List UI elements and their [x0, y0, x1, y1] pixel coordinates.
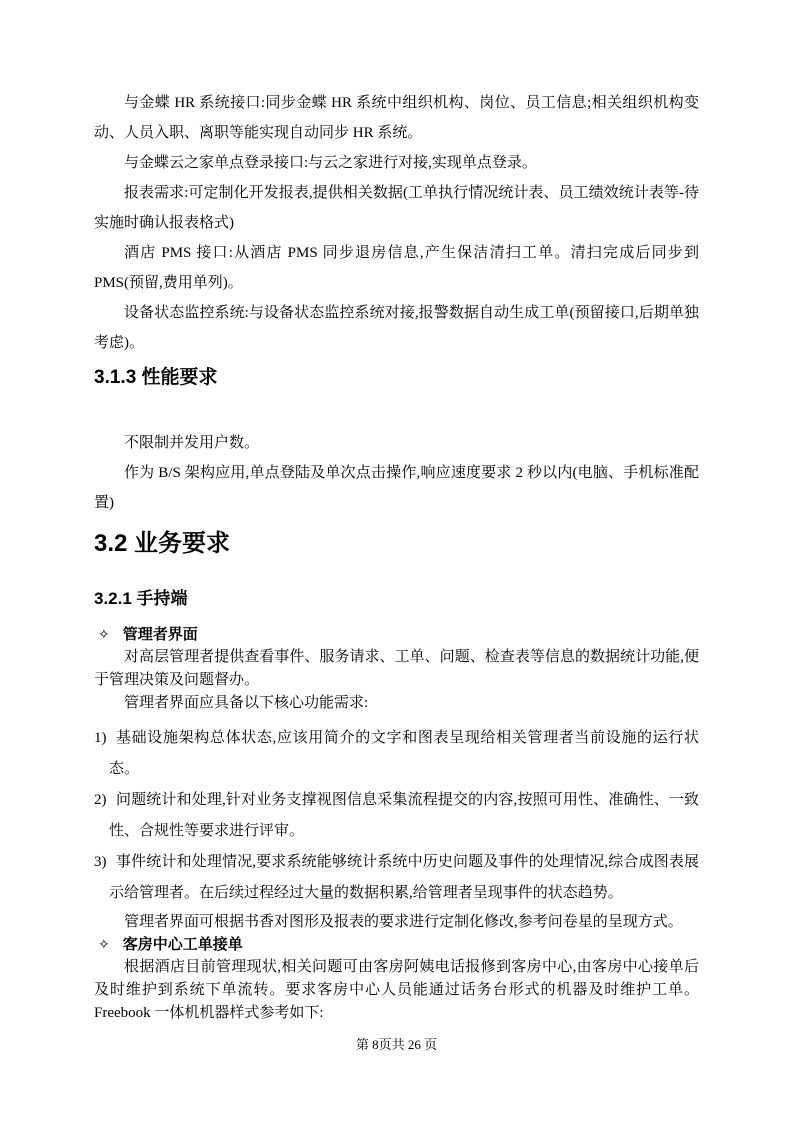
paragraph-manager-intro: 对高层管理者提供查看事件、服务请求、工单、问题、检查表等信息的数据统计功能,便于…: [94, 646, 699, 692]
paragraph-response-speed: 作为 B/S 架构应用,单点登陆及单次点击操作,响应速度要求 2 秒以内(电脑、…: [94, 458, 699, 518]
list-item-text: 问题统计和处理,针对业务支撑视图信息采集流程提交的内容,按照可用性、准确性、一致…: [109, 792, 699, 839]
paragraph-manager-core-needs: 管理者界面应具备以下核心功能需求:: [94, 692, 699, 715]
heading-handheld-terminal: 3.2.1 手持端: [94, 586, 699, 612]
list-item: 1)基础设施架构总体状态,应该用简介的文字和图表呈现给相关管理者当前设施的运行状…: [94, 723, 699, 785]
bullet-title-manager-interface: 管理者界面: [123, 624, 198, 646]
list-item-text: 事件统计和处理情况,要求系统能够统计系统中历史问题及事件的处理情况,综合成图表展…: [109, 854, 699, 901]
bullet-manager-interface: ✧ 管理者界面: [94, 624, 699, 646]
paragraph-hr-interface: 与金蝶 HR 系统接口:同步金蝶 HR 系统中组织机构、岗位、员工信息;相关组织…: [94, 88, 699, 148]
page-footer: 第 8页共 26 页: [0, 1036, 793, 1054]
paragraph-manager-customization: 管理者界面可根据书香对图形及报表的要求进行定制化修改,参考问卷星的呈现方式。: [94, 911, 699, 934]
numbered-list-core-functions: 1)基础设施架构总体状态,应该用简介的文字和图表呈现给相关管理者当前设施的运行状…: [94, 723, 699, 909]
heading-business-requirements: 3.2 业务要求: [94, 528, 699, 560]
list-item-marker: 1): [94, 723, 107, 754]
paragraph-yunzhijia-sso: 与金蝶云之家单点登录接口:与云之家进行对接,实现单点登录。: [94, 148, 699, 178]
heading-performance-requirements: 3.1.3 性能要求: [94, 364, 699, 392]
bullet-room-center-orders: ✧ 客房中心工单接单: [94, 934, 699, 956]
document-body: 与金蝶 HR 系统接口:同步金蝶 HR 系统中组织机构、岗位、员工信息;相关组织…: [0, 0, 793, 1025]
list-item-marker: 2): [94, 785, 107, 816]
list-item-text: 基础设施架构总体状态,应该用简介的文字和图表呈现给相关管理者当前设施的运行状态。: [109, 730, 699, 777]
document-page: 与金蝶 HR 系统接口:同步金蝶 HR 系统中组织机构、岗位、员工信息;相关组织…: [0, 0, 793, 1122]
list-item: 2)问题统计和处理,针对业务支撑视图信息采集流程提交的内容,按照可用性、准确性、…: [94, 785, 699, 847]
list-item-marker: 3): [94, 847, 107, 878]
paragraph-room-center-desc: 根据酒店目前管理现状,相关问题可由客房阿姨电话报修到客房中心,由客房中心接单后及…: [94, 956, 699, 1025]
diamond-bullet-icon: ✧: [98, 624, 110, 646]
list-item: 3)事件统计和处理情况,要求系统能够统计系统中历史问题及事件的处理情况,综合成图…: [94, 847, 699, 909]
paragraph-concurrent-users: 不限制并发用户数。: [94, 428, 699, 458]
bullet-title-room-center-orders: 客房中心工单接单: [123, 934, 243, 956]
paragraph-report-requirement: 报表需求:可定制化开发报表,提供相关数据(工单执行情况统计表、员工绩效统计表等-…: [94, 178, 699, 238]
diamond-bullet-icon: ✧: [98, 934, 110, 956]
paragraph-pms-interface: 酒店 PMS 接口:从酒店 PMS 同步退房信息,产生保洁清扫工单。清扫完成后同…: [94, 238, 699, 298]
paragraph-device-monitor: 设备状态监控系统:与设备状态监控系统对接,报警数据自动生成工单(预留接口,后期单…: [94, 298, 699, 358]
